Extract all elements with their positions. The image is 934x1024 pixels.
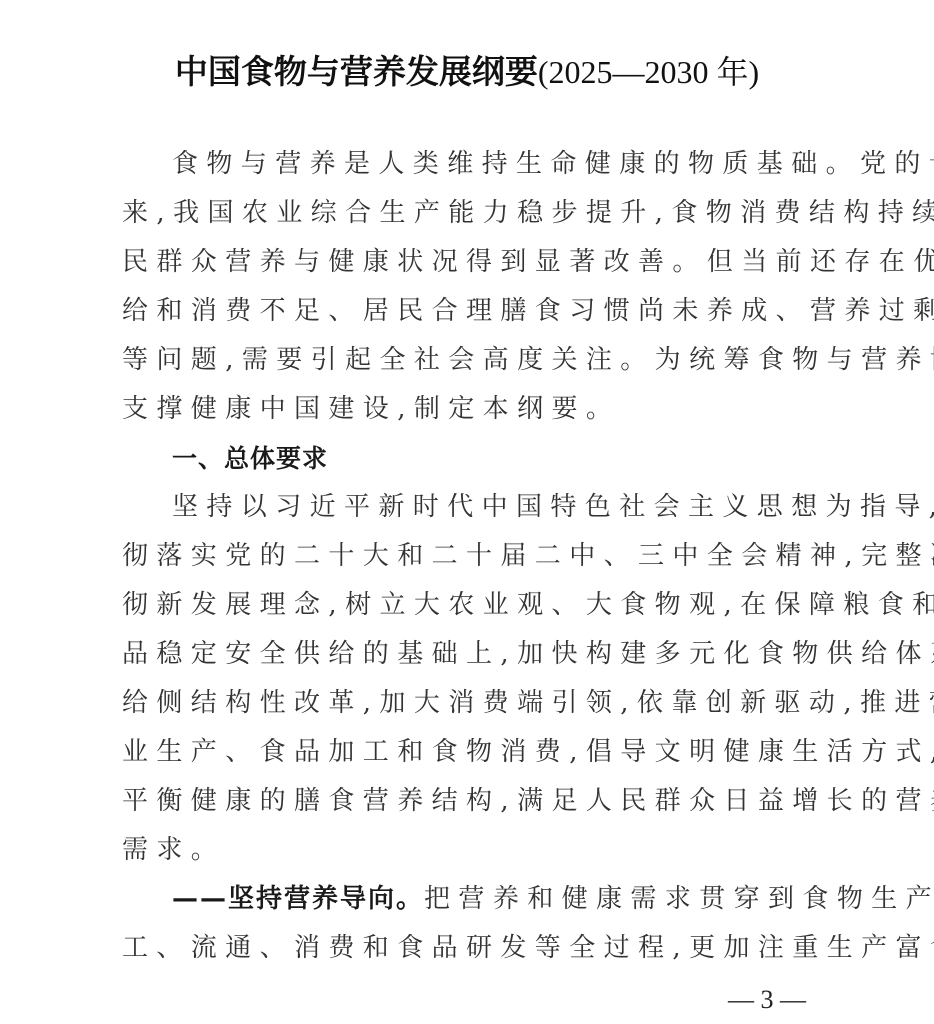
- document-page: 中国食物与营养发展纲要(2025—2030 年) 食物与营养是人类维持生命健康的…: [0, 0, 934, 1024]
- text-line: 坚持以习近平新时代中国特色社会主义思想为指导,深入贯: [122, 483, 814, 532]
- section-paragraph: 坚持以习近平新时代中国特色社会主义思想为指导,深入贯 彻落实党的二十大和二十届二…: [122, 483, 814, 875]
- text-line: 给和消费不足、居民合理膳食习惯尚未养成、营养过剩与不足并存: [122, 287, 814, 336]
- text-line: 工、流通、消费和食品研发等全过程,更加注重生产富含优质蛋白: [122, 924, 814, 973]
- title-years: (2025—2030 年): [538, 54, 759, 90]
- principle-paragraph: ——坚持营养导向。把营养和健康需求贯穿到食物生产、加 工、流通、消费和食品研发等…: [122, 875, 814, 973]
- text-line: ——坚持营养导向。把营养和健康需求贯穿到食物生产、加: [122, 875, 814, 924]
- principle-text: 把营养和健康需求贯穿到食物生产、加: [424, 884, 934, 914]
- text-line: 业生产、食品加工和食物消费,倡导文明健康生活方式,形成更加: [122, 728, 814, 777]
- document-body: 食物与营养是人类维持生命健康的物质基础。党的十八大以 来,我国农业综合生产能力稳…: [122, 140, 814, 973]
- text-line: 支撑健康中国建设,制定本纲要。: [122, 385, 814, 434]
- page-number: — 3 —: [722, 984, 812, 1016]
- text-line: 食物与营养是人类维持生命健康的物质基础。党的十八大以: [122, 140, 814, 189]
- document-title: 中国食物与营养发展纲要(2025—2030 年): [0, 50, 934, 94]
- text-line: 来,我国农业综合生产能力稳步提升,食物消费结构持续优化,人: [122, 189, 814, 238]
- intro-paragraph: 食物与营养是人类维持生命健康的物质基础。党的十八大以 来,我国农业综合生产能力稳…: [122, 140, 814, 434]
- text-line: 品稳定安全供给的基础上,加快构建多元化食物供给体系,深化供: [122, 630, 814, 679]
- text-line: 等问题,需要引起全社会高度关注。为统筹食物与营养协调发展,: [122, 336, 814, 385]
- text-line: 彻新发展理念,树立大农业观、大食物观,在保障粮食和重要农产: [122, 581, 814, 630]
- principle-lead: ——坚持营养导向。: [172, 884, 424, 914]
- text-line: 给侧结构性改革,加大消费端引领,依靠创新驱动,推进营养型农: [122, 679, 814, 728]
- text-line: 民群众营养与健康状况得到显著改善。但当前还存在优质食物供: [122, 238, 814, 287]
- text-line: 需求。: [122, 826, 814, 875]
- section-heading: 一、总体要求: [122, 434, 814, 483]
- text-line: 彻落实党的二十大和二十届二中、三中全会精神,完整准确全面贯: [122, 532, 814, 581]
- text-line: 平衡健康的膳食营养结构,满足人民群众日益增长的营养与健康: [122, 777, 814, 826]
- title-main: 中国食物与营养发展纲要: [175, 52, 538, 91]
